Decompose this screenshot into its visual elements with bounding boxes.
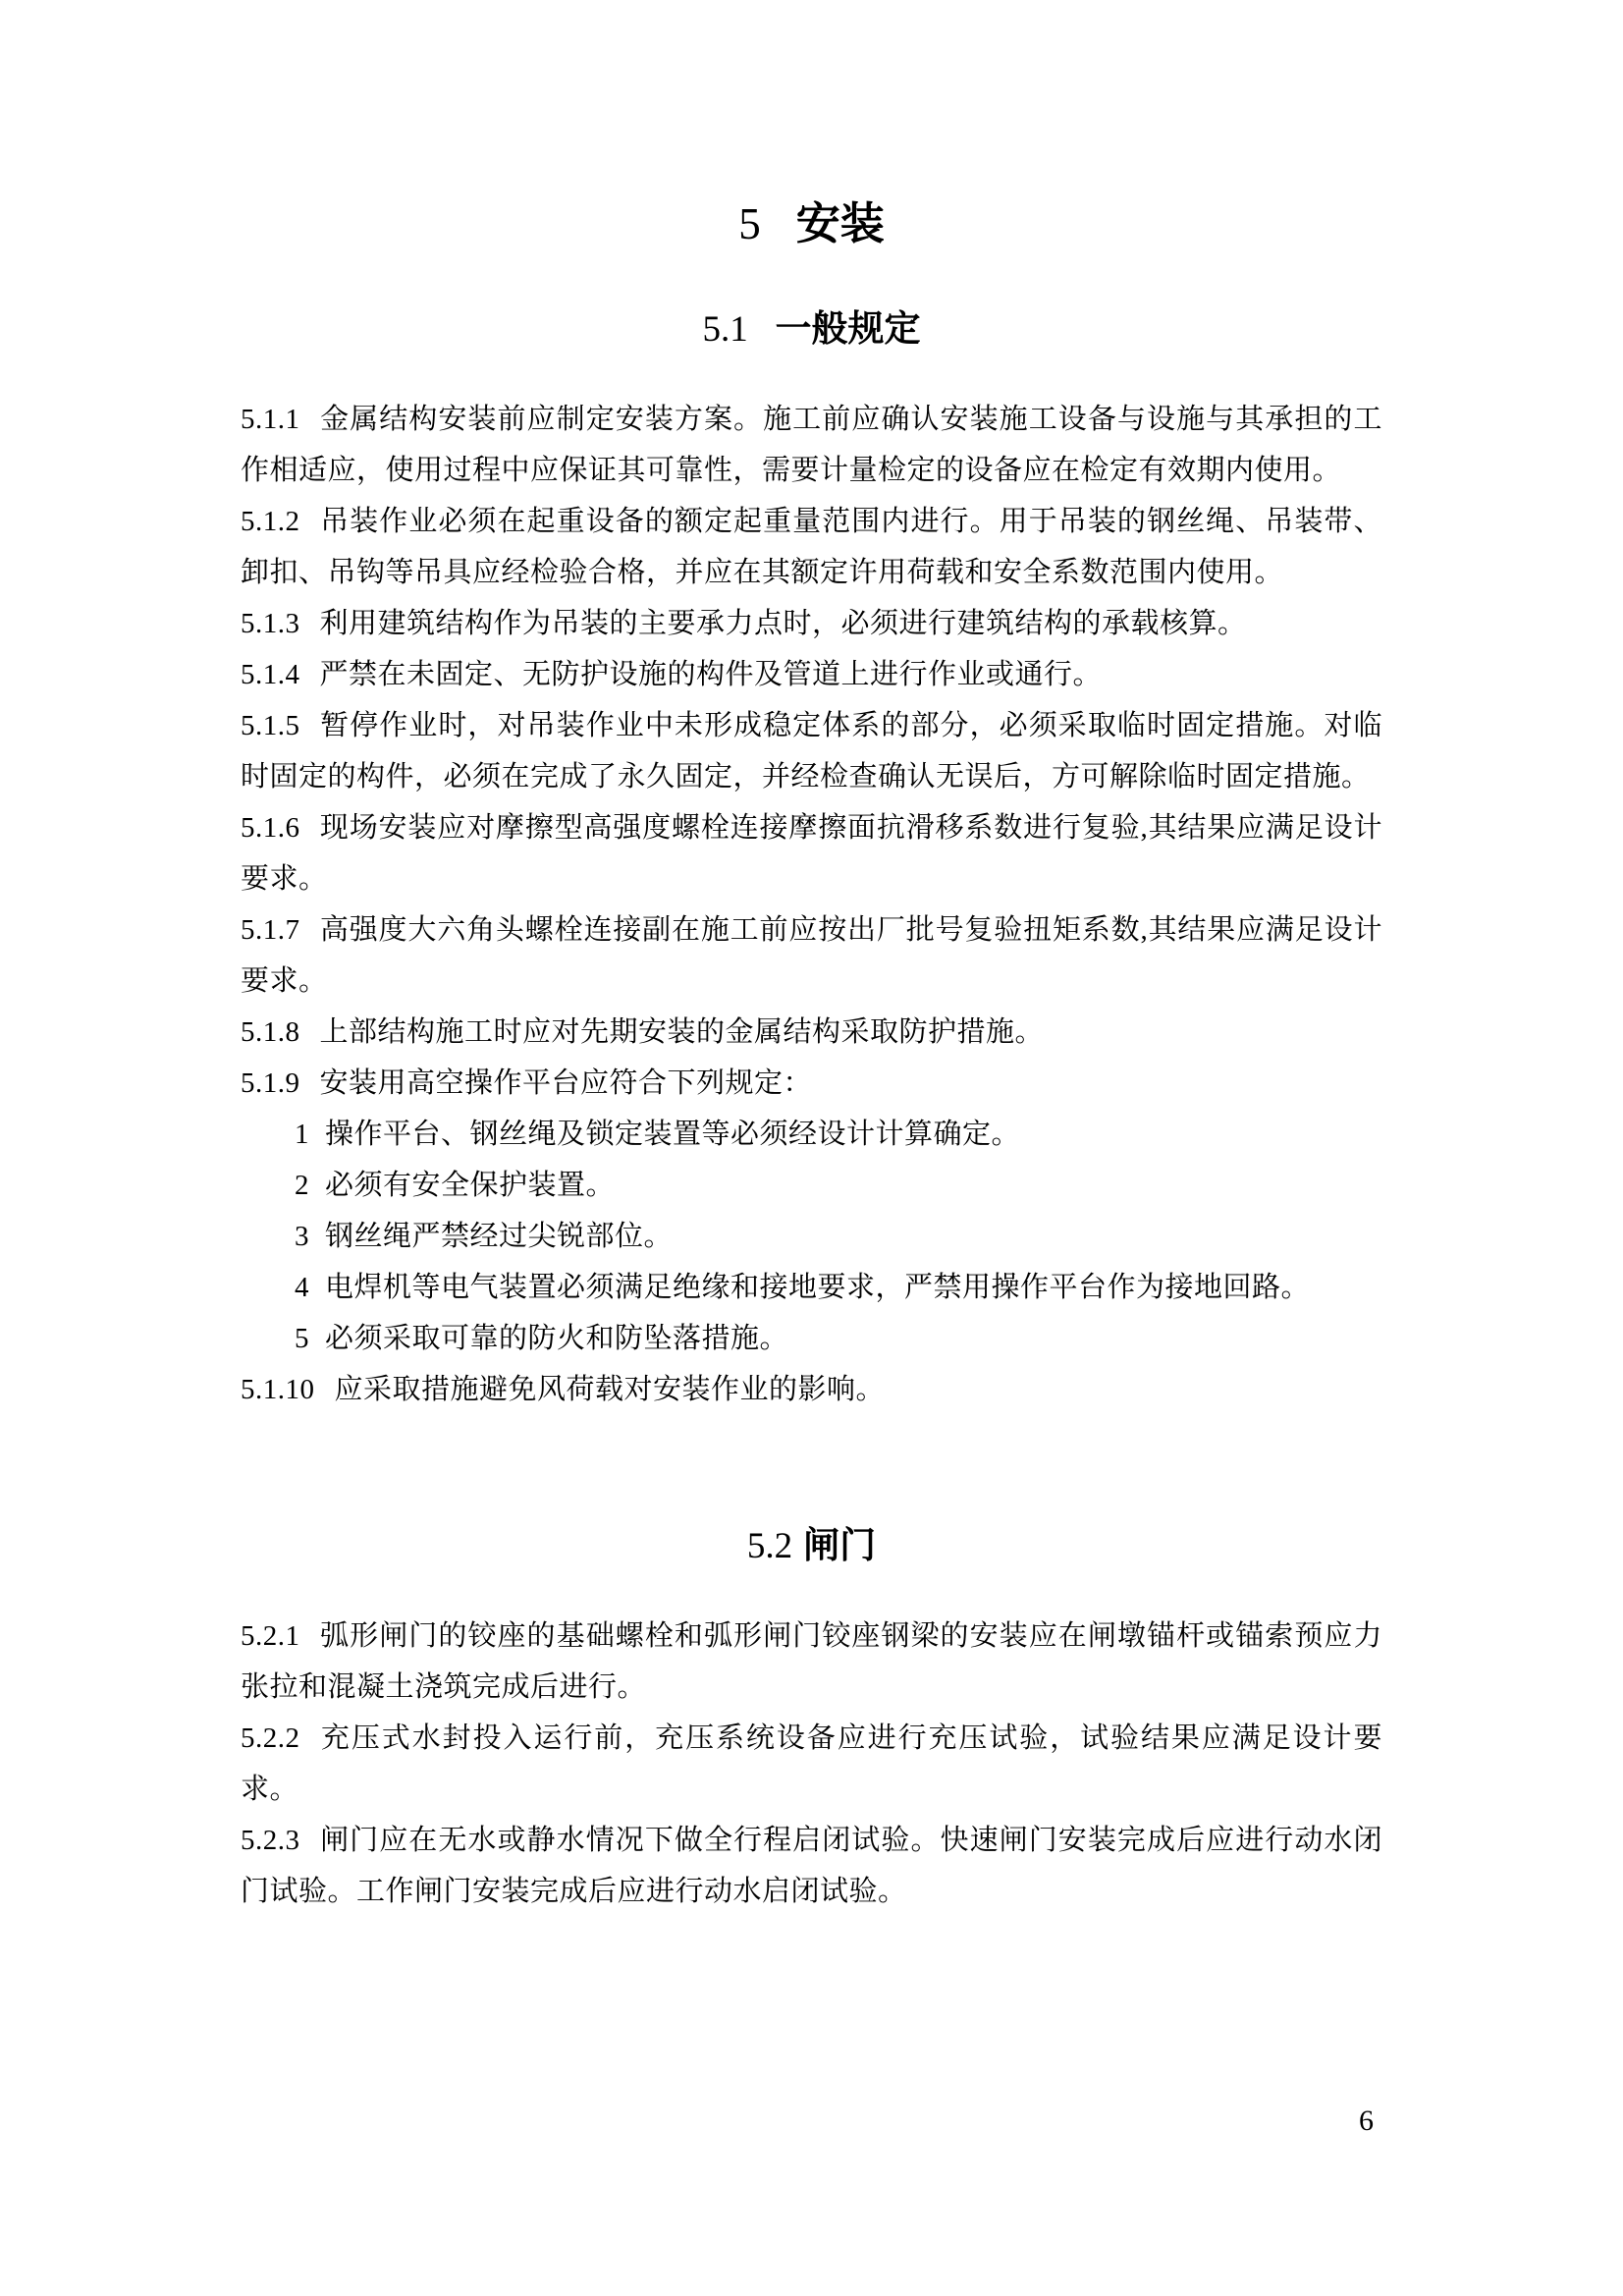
subitem-3: 3钢丝绳严禁经过尖锐部位。 [241,1211,1382,1262]
clause-text: 吊装作业必须在起重设备的额定起重量范围内进行。用于吊装的钢丝绳、吊装带、卸扣、吊… [241,506,1382,588]
chapter-title: 5安装 [0,0,1623,251]
chapter-title-text: 安装 [796,198,885,248]
section-5-2-body: 5.2.1弧形闸门的铰座的基础螺栓和弧形闸门铰座钢梁的安装应在闸墩锚杆或锚索预应… [241,1569,1382,1917]
clause-5-1-10: 5.1.10应采取措施避免风荷载对安装作业的影响。 [241,1364,1382,1415]
subitem-2: 2必须有安全保护装置。 [241,1160,1382,1211]
clause-5-1-2: 5.1.2吊装作业必须在起重设备的额定起重量范围内进行。用于吊装的钢丝绳、吊装带… [241,496,1382,598]
section-number: 5.2 [747,1526,792,1566]
clause-text: 现场安装应对摩擦型高强度螺栓连接摩擦面抗滑移系数进行复验,其结果应满足设计要求。 [241,812,1382,895]
document-page: 5安装 5.1一般规定 5.1.1金属结构安装前应制定安装方案。施工前应确认安装… [0,0,1623,2296]
clause-text: 上部结构施工时应对先期安装的金属结构采取防护措施。 [320,1016,1045,1048]
clause-number: 5.1.5 [241,710,300,741]
clause-number: 5.1.6 [241,812,300,844]
clause-text: 高强度大六角头螺栓连接副在施工前应按出厂批号复验扭矩系数,其结果应满足设计要求。 [241,914,1382,997]
clause-text: 利用建筑结构作为吊装的主要承力点时，必须进行建筑结构的承载核算。 [320,608,1247,639]
clause-5-1-6: 5.1.6现场安装应对摩擦型高强度螺栓连接摩擦面抗滑移系数进行复验,其结果应满足… [241,802,1382,904]
clause-text: 应采取措施避免风荷载对安装作业的影响。 [335,1374,886,1405]
subitem-5: 5必须采取可靠的防火和防坠落措施。 [241,1313,1382,1364]
clause-number: 5.2.2 [241,1722,300,1754]
subitem-number: 1 [295,1119,309,1150]
clause-number: 5.1.2 [241,506,300,537]
clause-5-1-8: 5.1.8上部结构施工时应对先期安装的金属结构采取防护措施。 [241,1007,1382,1058]
chapter-number: 5 [738,199,761,248]
subitem-1: 1操作平台、钢丝绳及锁定装置等必须经设计计算确定。 [241,1109,1382,1160]
section-heading-5-2: 5.2闸门 [0,1415,1623,1569]
subitem-number: 3 [295,1221,309,1252]
section-heading-text: 闸门 [803,1525,876,1565]
subitem-text: 操作平台、钢丝绳及锁定装置等必须经设计计算确定。 [325,1119,1020,1150]
clause-number: 5.1.4 [241,659,300,690]
clause-text: 暂停作业时，对吊装作业中未形成稳定体系的部分，必须采取临时固定措施。对临时固定的… [241,710,1382,793]
clause-number: 5.1.10 [241,1374,315,1405]
subitem-4: 4电焊机等电气装置必须满足绝缘和接地要求，严禁用操作平台作为接地回路。 [241,1262,1382,1313]
clause-number: 5.1.3 [241,608,300,639]
clause-number: 5.1.9 [241,1067,300,1099]
section-heading-text: 一般规定 [776,308,921,349]
clause-text: 金属结构安装前应制定安装方案。施工前应确认安装施工设备与设施与其承担的工作相适应… [241,404,1382,486]
clause-number: 5.2.1 [241,1620,300,1652]
clause-5-1-1: 5.1.1金属结构安装前应制定安装方案。施工前应确认安装施工设备与设施与其承担的… [241,394,1382,496]
clause-5-1-7: 5.1.7高强度大六角头螺栓连接副在施工前应按出厂批号复验扭矩系数,其结果应满足… [241,904,1382,1007]
clause-5-2-3: 5.2.3闸门应在无水或静水情况下做全行程启闭试验。快速闸门安装完成后应进行动水… [241,1815,1382,1917]
clause-text: 充压式水封投入运行前，充压系统设备应进行充压试验，试验结果应满足设计要求。 [241,1722,1382,1805]
section-5-1-body: 5.1.1金属结构安装前应制定安装方案。施工前应确认安装施工设备与设施与其承担的… [241,353,1382,1415]
clause-text: 安装用高空操作平台应符合下列规定： [320,1067,813,1099]
clause-text: 严禁在未固定、无防护设施的构件及管道上进行作业或通行。 [320,659,1103,690]
clause-text: 弧形闸门的铰座的基础螺栓和弧形闸门铰座钢梁的安装应在闸墩锚杆或锚索预应力张拉和混… [241,1620,1382,1703]
clause-5-1-3: 5.1.3利用建筑结构作为吊装的主要承力点时，必须进行建筑结构的承载核算。 [241,598,1382,649]
clause-5-1-4: 5.1.4严禁在未固定、无防护设施的构件及管道上进行作业或通行。 [241,649,1382,700]
subitem-number: 5 [295,1323,309,1354]
section-heading-5-1: 5.1一般规定 [0,251,1623,353]
subitem-text: 必须采取可靠的防火和防坠落措施。 [325,1323,788,1354]
page-number: 6 [1359,2104,1374,2139]
subitem-number: 4 [295,1272,309,1303]
subitem-text: 钢丝绳严禁经过尖锐部位。 [325,1221,673,1252]
subitem-number: 2 [295,1170,309,1201]
subitem-text: 电焊机等电气装置必须满足绝缘和接地要求，严禁用操作平台作为接地回路。 [325,1272,1310,1303]
clause-number: 5.2.3 [241,1825,300,1856]
subitem-text: 必须有安全保护装置。 [325,1170,615,1201]
clause-number: 5.1.8 [241,1016,300,1048]
clause-5-2-1: 5.2.1弧形闸门的铰座的基础螺栓和弧形闸门铰座钢梁的安装应在闸墩锚杆或锚索预应… [241,1611,1382,1713]
clause-5-2-2: 5.2.2充压式水封投入运行前，充压系统设备应进行充压试验，试验结果应满足设计要… [241,1713,1382,1815]
clause-number: 5.1.7 [241,914,300,946]
section-number: 5.1 [703,309,748,350]
clause-text: 闸门应在无水或静水情况下做全行程启闭试验。快速闸门安装完成后应进行动水闭门试验。… [241,1825,1382,1907]
clause-number: 5.1.1 [241,404,300,435]
clause-5-1-5: 5.1.5暂停作业时，对吊装作业中未形成稳定体系的部分，必须采取临时固定措施。对… [241,700,1382,802]
clause-5-1-9: 5.1.9安装用高空操作平台应符合下列规定： [241,1058,1382,1109]
